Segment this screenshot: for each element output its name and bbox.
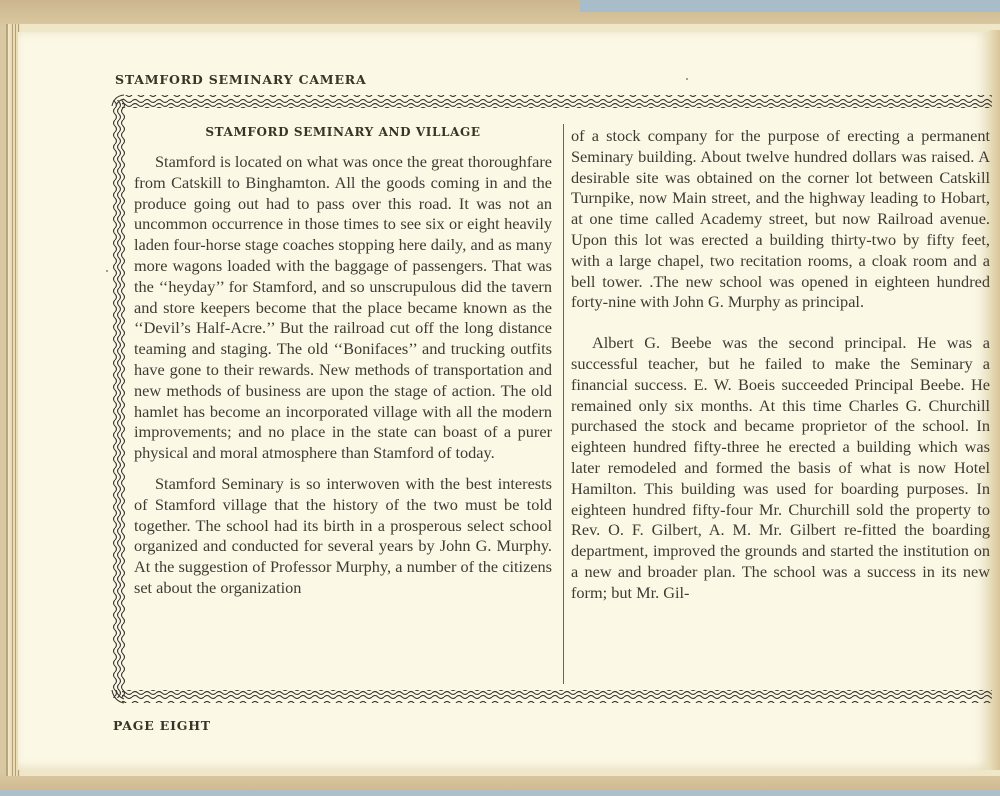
paper-speck: [106, 270, 108, 272]
paper-speck: [686, 78, 688, 80]
page-number-footer: PAGE EIGHT: [113, 718, 211, 733]
paragraph-continued: of a stock company for the purpose of er…: [571, 126, 990, 313]
paragraph: Stamford Seminary is so interwoven with …: [134, 474, 552, 599]
paragraph: Albert G. Beebe was the second principal…: [571, 333, 990, 603]
right-column: of a stock company for the purpose of er…: [571, 126, 990, 604]
left-column: Stamford is located on what was once the…: [134, 152, 552, 599]
column-divider: [563, 124, 564, 684]
paragraph: Stamford is located on what was once the…: [134, 152, 552, 464]
section-title: STAMFORD SEMINARY AND VILLAGE: [134, 125, 552, 139]
